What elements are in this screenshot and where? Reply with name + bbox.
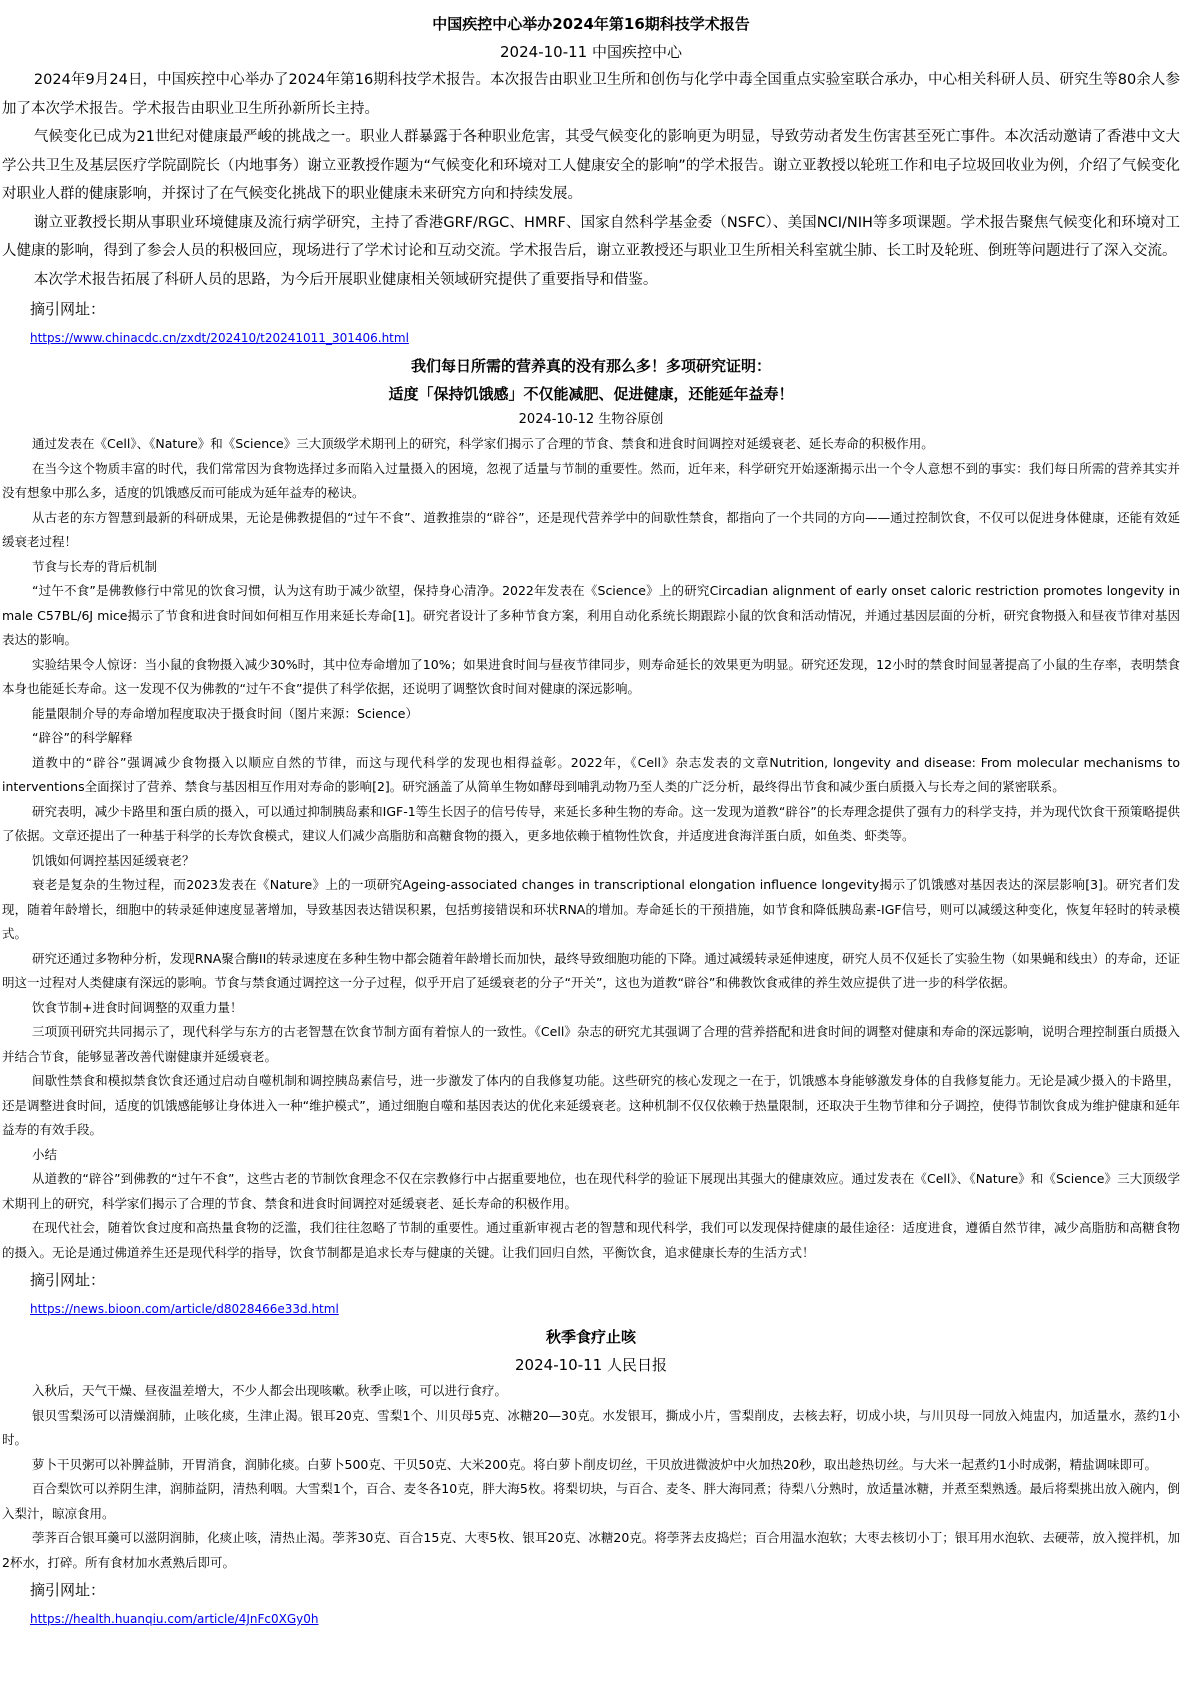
citation-label: 摘引网址： xyxy=(0,1575,1182,1605)
article-paragraph: 在当今这个物质丰富的时代，我们常常因为食物选择过多而陷入过量摄入的困境，忽视了适… xyxy=(0,457,1182,506)
article-title: 中国疾控中心举办2024年第16期科技学术报告 xyxy=(0,10,1182,38)
article-paragraph: 间歇性禁食和模拟禁食饮食还通过启动自噬机制和调控胰岛素信号，进一步激发了体内的自… xyxy=(0,1069,1182,1143)
citation-link[interactable]: https://www.chinacdc.cn/zxdt/202410/t202… xyxy=(0,324,1182,352)
article-meta: 2024-10-11 中国疾控中心 xyxy=(0,38,1182,66)
article-paragraph: 银贝雪梨汤可以清燥润肺，止咳化痰，生津止渴。银耳20克、雪梨1个、川贝母5克、冰… xyxy=(0,1404,1182,1453)
article-paragraph: 研究还通过多物种分析，发现RNA聚合酶II的转录速度在多种生物中都会随着年龄增长… xyxy=(0,947,1182,996)
article-fasting-longevity: 我们每日所需的营养真的没有那么多！多项研究证明： 适度「保持饥饿感」不仅能减肥、… xyxy=(0,352,1182,1323)
article-paragraph: 2024年9月24日，中国疾控中心举办了2024年第16期科技学术报告。本次报告… xyxy=(0,66,1182,123)
article-paragraph: 在现代社会，随着饮食过度和高热量食物的泛滥，我们往往忽略了节制的重要性。通过重新… xyxy=(0,1216,1182,1265)
citation-label: 摘引网址： xyxy=(0,294,1182,324)
article-paragraph: 研究表明，减少卡路里和蛋白质的摄入，可以通过抑制胰岛素和IGF-1等生长因子的信… xyxy=(0,800,1182,849)
citation-link[interactable]: https://health.huanqiu.com/article/4JnFc… xyxy=(0,1605,1182,1633)
page: 中国疾控中心举办2024年第16期科技学术报告 2024-10-11 中国疾控中… xyxy=(0,0,1182,1633)
article-paragraph: 百合梨饮可以养阴生津，润肺益阴，清热利咽。大雪梨1个，百合、麦冬各10克，胖大海… xyxy=(0,1477,1182,1526)
article-paragraph: 谢立亚教授长期从事职业环境健康及流行病学研究，主持了香港GRF/RGC、HMRF… xyxy=(0,209,1182,266)
citation-label: 摘引网址： xyxy=(0,1265,1182,1295)
article-paragraph: 道教中的“辟谷”强调减少食物摄入以顺应自然的节律，而这与现代科学的发现也相得益彰… xyxy=(0,751,1182,800)
section-heading: 小结 xyxy=(0,1143,1182,1168)
citation-link[interactable]: https://news.bioon.com/article/d8028466e… xyxy=(0,1295,1182,1323)
article-paragraph: 本次学术报告拓展了科研人员的思路，为今后开展职业健康相关领域研究提供了重要指导和… xyxy=(0,266,1182,295)
article-paragraph: 入秋后，天气干燥、昼夜温差增大，不少人都会出现咳嗽。秋季止咳，可以进行食疗。 xyxy=(0,1379,1182,1404)
article-meta: 2024-10-11 人民日报 xyxy=(0,1351,1182,1379)
article-paragraph: 实验结果令人惊讶：当小鼠的食物摄入减少30%时，其中位寿命增加了10%；如果进食… xyxy=(0,653,1182,702)
section-heading: 节食与长寿的背后机制 xyxy=(0,555,1182,580)
article-title: 秋季食疗止咳 xyxy=(0,1323,1182,1351)
article-paragraph: 气候变化已成为21世纪对健康最严峻的挑战之一。职业人群暴露于各种职业危害，其受气… xyxy=(0,123,1182,209)
article-paragraph: 从道教的“辟谷”到佛教的“过午不食”，这些古老的节制饮食理念不仅在宗教修行中占据… xyxy=(0,1167,1182,1216)
article-paragraph: 从古老的东方智慧到最新的科研成果，无论是佛教提倡的“过午不食”、道教推崇的“辟谷… xyxy=(0,506,1182,555)
article-cdc-report: 中国疾控中心举办2024年第16期科技学术报告 2024-10-11 中国疾控中… xyxy=(0,10,1182,352)
figure-caption: 能量限制介导的寿命增加程度取决于摄食时间（图片来源：Science） xyxy=(0,702,1182,727)
article-paragraph: “过午不食”是佛教修行中常见的饮食习惯，认为这有助于减少欲望，保持身心清净。20… xyxy=(0,579,1182,653)
article-paragraph: 三项顶刊研究共同揭示了，现代科学与东方的古老智慧在饮食节制方面有着惊人的一致性。… xyxy=(0,1020,1182,1069)
article-autumn-cough-remedies: 秋季食疗止咳 2024-10-11 人民日报 入秋后，天气干燥、昼夜温差增大，不… xyxy=(0,1323,1182,1633)
article-paragraph: 衰老是复杂的生物过程，而2023发表在《Nature》上的一项研究Ageing-… xyxy=(0,873,1182,947)
article-meta: 2024-10-12 生物谷原创 xyxy=(0,408,1182,432)
section-heading: 饮食节制+进食时间调整的双重力量！ xyxy=(0,996,1182,1021)
article-paragraph: 荸荠百合银耳羹可以滋阴润肺，化痰止咳，清热止渴。荸荠30克、百合15克、大枣5枚… xyxy=(0,1526,1182,1575)
article-title: 我们每日所需的营养真的没有那么多！多项研究证明： xyxy=(0,352,1182,380)
section-heading: 饥饿如何调控基因延缓衰老？ xyxy=(0,849,1182,874)
article-paragraph: 通过发表在《Cell》、《Nature》和《Science》三大顶级学术期刊上的… xyxy=(0,432,1182,457)
article-subtitle: 适度「保持饥饿感」不仅能减肥、促进健康，还能延年益寿！ xyxy=(0,380,1182,408)
section-heading: “辟谷”的科学解释 xyxy=(0,726,1182,751)
article-paragraph: 萝卜干贝粥可以补脾益肺，开胃消食，润肺化痰。白萝卜500克、干贝50克、大米20… xyxy=(0,1453,1182,1478)
